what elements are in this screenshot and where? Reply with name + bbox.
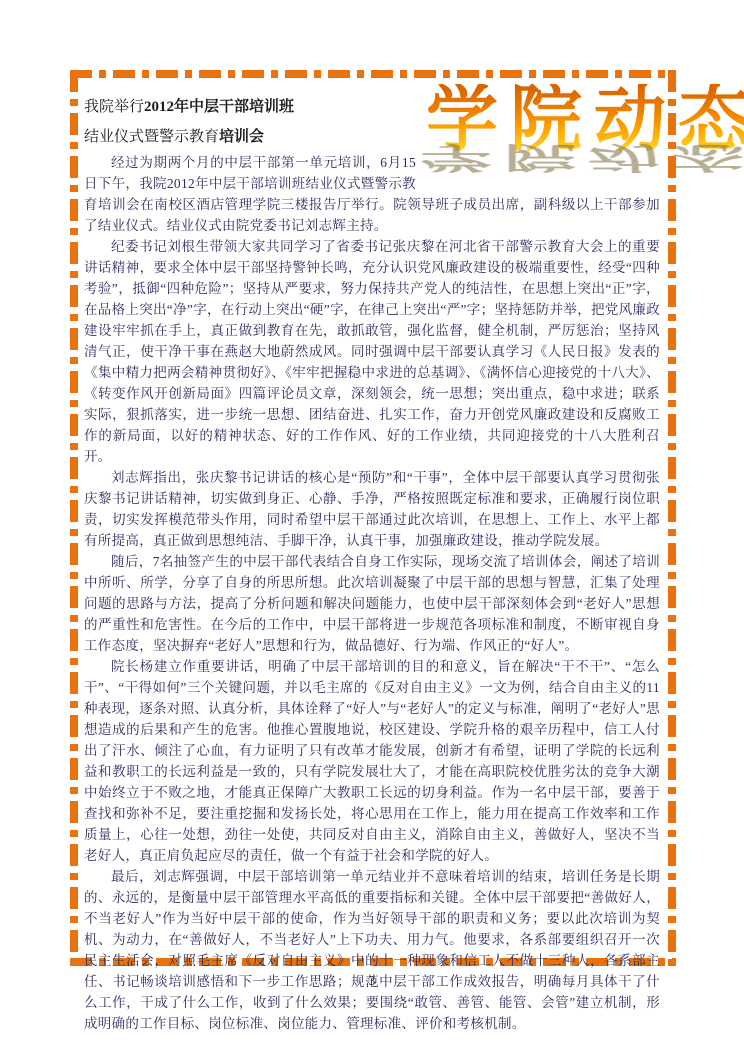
masthead-title-wordart: 学院动态 — [410, 84, 744, 156]
headline-line2-bold: 培训会 — [219, 129, 264, 145]
article-paragraphs: 经过为期两个月的中层干部第一单元培训，6月15日下午，我院2012年中层干部培训… — [84, 152, 660, 1034]
article-paragraph: 纪委书记刘根生带领大家共同学习了省委书记张庆黎在河北省干部警示教育大会上的重要讲… — [84, 236, 660, 467]
headline-line1-normal: 我院举行 — [84, 99, 144, 115]
document-page: 学院动态 学院动态 我院举行2012年中层干部培训班 结业仪式暨警示教育培训会 … — [0, 0, 744, 1053]
article-paragraph: 院长杨建立作重要讲话，明确了中层干部培训的目的和意义，旨在解决“干不干”、“怎么… — [84, 656, 660, 866]
masthead-title-reflection: 学院动态 — [404, 142, 744, 172]
page-number: 3 — [0, 973, 744, 989]
headline-line1-bold: 2012年中层干部培训班 — [144, 99, 294, 115]
article-paragraph: 最后，刘志辉强调，中层干部培训第一单元结业并不意味着培训的结束，培训任务是长期的… — [84, 866, 660, 1034]
article-paragraph: 随后，7名抽签产生的中层干部代表结合自身工作实际，现场交流了培训体会，阐述了培训… — [84, 551, 660, 656]
border-edge-top — [70, 70, 676, 78]
article-paragraph: 刘志辉指出，张庆黎书记讲话的核心是“预防”和“干事”，全体中层干部要认真学习贯彻… — [84, 467, 660, 551]
masthead: 学院动态 学院动态 — [416, 92, 660, 178]
article-content: 学院动态 学院动态 我院举行2012年中层干部培训班 结业仪式暨警示教育培训会 … — [84, 92, 660, 1034]
headline-line2-normal: 结业仪式暨警示教育 — [84, 129, 219, 145]
border-edge-right — [668, 70, 676, 966]
border-edge-left — [70, 70, 78, 966]
